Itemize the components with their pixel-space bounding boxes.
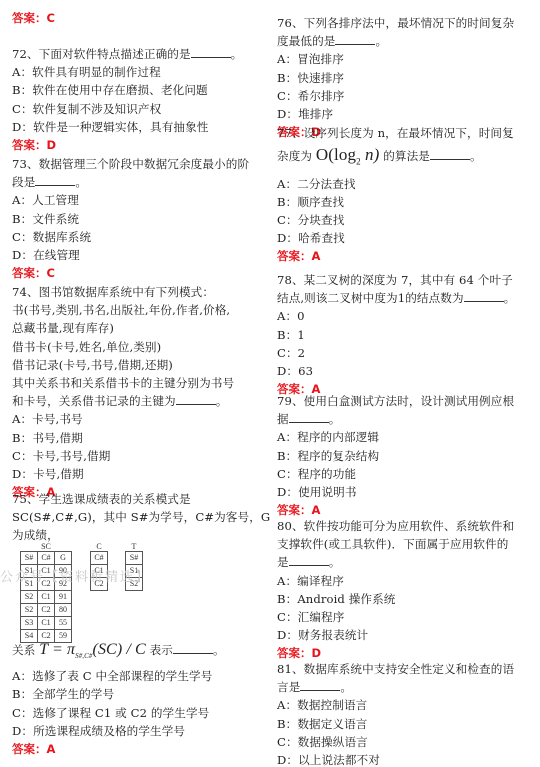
table-row: S2C191 bbox=[21, 591, 72, 604]
option-d: D：在线管理 bbox=[12, 246, 249, 264]
option-a: A：程序的内部逻辑 bbox=[277, 428, 514, 446]
question-72: 72、下面对软件特点描述正确的是。 A：软件具有明显的制作过程 B：软件在使用中… bbox=[12, 45, 242, 154]
option-a: A：编译程序 bbox=[277, 572, 514, 590]
answer-blank bbox=[464, 291, 504, 302]
answer-label: 答案：D bbox=[12, 136, 242, 154]
option-d: D：软件是一种逻辑实体，具有抽象性 bbox=[12, 118, 242, 136]
question-stem: 81、数据库系统中支持安全性定义和检查的语 bbox=[277, 660, 514, 678]
option-a: A：冒泡排序 bbox=[277, 50, 514, 68]
watermark: 公众号【资料析精选】 bbox=[0, 566, 150, 585]
option-c: C：希尔排序 bbox=[277, 87, 514, 105]
formula-line: 关系 T = πS#,C#(SC) / C 表示。 bbox=[12, 639, 267, 667]
table-header-row: C# bbox=[91, 552, 108, 565]
question-81: 81、数据库系统中支持安全性定义和检查的语 言是。 A：数据控制语言 B：数据定… bbox=[277, 660, 514, 767]
answer-blank bbox=[430, 149, 470, 160]
option-b: B：1 bbox=[277, 326, 515, 344]
option-b: B：顺序查找 bbox=[277, 193, 514, 211]
table-header-row: S# bbox=[126, 552, 143, 565]
option-c: C：数据库系统 bbox=[12, 228, 249, 246]
table-label: C bbox=[90, 542, 108, 551]
answer-blank bbox=[35, 175, 75, 186]
option-a: A：卡号,书号 bbox=[12, 410, 234, 428]
option-c: C：程序的功能 bbox=[277, 465, 514, 483]
option-c: C：数据操纵语言 bbox=[277, 733, 514, 751]
table-header-row: S# C# G bbox=[21, 552, 72, 565]
table-row: S3C155 bbox=[21, 617, 72, 630]
question-75: 75、学生选课成绩表的关系模式是 SC(S#,C#,G)，其中 S#为学号，C#… bbox=[12, 490, 270, 545]
question-73: 73、数据管理三个阶段中数据冗余度最小的阶 段是。 A：人工管理 B：文件系统 … bbox=[12, 155, 249, 282]
option-c: C：卡号,书号,借期 bbox=[12, 447, 234, 465]
question-stem: 76、下列各排序法中，最坏情况下的时间复杂 bbox=[277, 14, 514, 32]
option-b: B：全部学生的学号 bbox=[12, 685, 267, 703]
question-stem: 80、软件按功能可分为应用软件、系统软件和 bbox=[277, 517, 514, 535]
answer-label: 答案：C bbox=[12, 264, 249, 282]
question-stem: 79、使用白盒测试方法时，设计测试用例应根 bbox=[277, 392, 514, 410]
option-d: D：财务报表统计 bbox=[277, 626, 514, 644]
answer-label: 答案：A bbox=[12, 740, 267, 758]
answer-q71: 答案：C bbox=[12, 9, 55, 27]
relational-division-formula: T = πS#,C#(SC) / C bbox=[39, 641, 146, 658]
table-sc: SC S# C# G S1C190 S1C292 S2C191 S2C280 S… bbox=[20, 542, 72, 643]
option-c: C：汇编程序 bbox=[277, 608, 514, 626]
option-d: D：所选课程成绩及格的学生学号 bbox=[12, 722, 267, 740]
question-stem: 77、设序列长度为 n，在最坏情况下，时间复 bbox=[277, 124, 514, 142]
table-row: S2C280 bbox=[21, 604, 72, 617]
question-78: 78、某二叉树的深度为 7，其中有 64 个叶子 结点,则该二叉树中度为1的结点… bbox=[277, 271, 515, 398]
answer-blank bbox=[289, 412, 329, 423]
answer-blank bbox=[173, 643, 213, 654]
option-a: A：选修了表 C 中全部课程的学生学号 bbox=[12, 667, 267, 685]
table-label: SC bbox=[20, 542, 72, 551]
question-stem: 72、下面对软件特点描述正确的是 bbox=[12, 47, 191, 61]
option-c: C：软件复制不涉及知识产权 bbox=[12, 100, 242, 118]
option-b: B：软件在使用中存在磨损、老化问题 bbox=[12, 81, 242, 99]
question-75-continued: 关系 T = πS#,C#(SC) / C 表示。 A：选修了表 C 中全部课程… bbox=[12, 639, 267, 758]
question-stem: 74、图书馆数据库系统中有下列模式： bbox=[12, 283, 234, 301]
answer-blank bbox=[289, 555, 329, 566]
question-stem: 75、学生选课成绩表的关系模式是 bbox=[12, 490, 270, 508]
option-c: C：2 bbox=[277, 344, 515, 362]
question-77: 77、设序列长度为 n，在最坏情况下，时间复 杂度为 O(log2 n) 的算法… bbox=[277, 124, 514, 266]
option-d: D：以上说法都不对 bbox=[277, 751, 514, 767]
option-d: D：卡号,借期 bbox=[12, 465, 234, 483]
table-label: T bbox=[125, 542, 143, 551]
question-stem: 73、数据管理三个阶段中数据冗余度最小的阶 bbox=[12, 155, 249, 173]
option-a: A：软件具有明显的制作过程 bbox=[12, 63, 242, 81]
question-80: 80、软件按功能可分为应用软件、系统软件和 支撑软件(或工具软件)．下面属于应用… bbox=[277, 517, 514, 663]
question-stem: 78、某二叉树的深度为 7，其中有 64 个叶子 bbox=[277, 271, 515, 289]
answer-blank bbox=[176, 394, 216, 405]
option-b: B：书号,借期 bbox=[12, 429, 234, 447]
option-a: A：人工管理 bbox=[12, 191, 249, 209]
question-74: 74、图书馆数据库系统中有下列模式： 书(书号,类别,书名,出版社,年份,作者,… bbox=[12, 283, 234, 501]
option-d: D：使用说明书 bbox=[277, 483, 514, 501]
answer-blank bbox=[191, 47, 231, 58]
option-b: B：数据定义语言 bbox=[277, 715, 514, 733]
answer-blank bbox=[335, 34, 375, 45]
option-d: D：堆排序 bbox=[277, 105, 514, 123]
option-b: B：文件系统 bbox=[12, 210, 249, 228]
complexity-formula: O(log2 n) bbox=[316, 145, 380, 164]
option-a: A：0 bbox=[277, 307, 515, 325]
option-d: D：哈希查找 bbox=[277, 229, 514, 247]
answer-blank bbox=[300, 680, 340, 691]
question-76: 76、下列各排序法中，最坏情况下的时间复杂 度最低的是。 A：冒泡排序 B：快速… bbox=[277, 14, 514, 141]
option-d: D：63 bbox=[277, 362, 515, 380]
option-a: A：二分法查找 bbox=[277, 175, 514, 193]
option-b: B：Android 操作系统 bbox=[277, 590, 514, 608]
option-b: B：快速排序 bbox=[277, 69, 514, 87]
answer-label: 答案：A bbox=[277, 247, 514, 265]
question-79: 79、使用白盒测试方法时，设计测试用例应根 据。 A：程序的内部逻辑 B：程序的… bbox=[277, 392, 514, 519]
option-c: C：分块查找 bbox=[277, 211, 514, 229]
option-c: C：选修了课程 C1 或 C2 的学生学号 bbox=[12, 704, 267, 722]
option-a: A：数据控制语言 bbox=[277, 696, 514, 714]
option-b: B：程序的复杂结构 bbox=[277, 447, 514, 465]
